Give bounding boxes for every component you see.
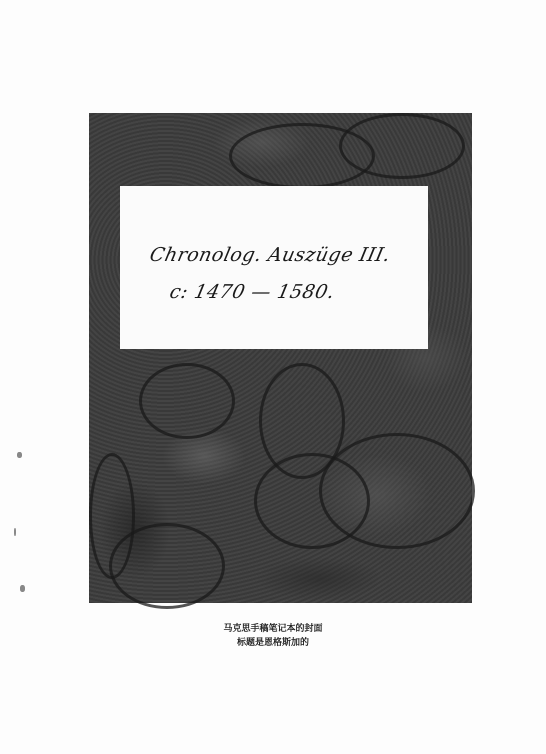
cover-label: Chronolog. Auszüge III. c: 1470 — 1580. bbox=[120, 186, 428, 349]
marble-vein bbox=[139, 363, 235, 439]
marble-vein bbox=[339, 113, 465, 179]
marble-vein bbox=[319, 433, 475, 549]
handwritten-title: Chronolog. Auszüge III. bbox=[148, 244, 393, 266]
caption-line-1: 马克思手稿笔记本的封面 bbox=[0, 621, 546, 634]
handwritten-date-range: c: 1470 — 1580. bbox=[168, 281, 337, 303]
caption-line-2: 标题是恩格斯加的 bbox=[0, 635, 546, 648]
scan-speck bbox=[17, 452, 22, 458]
scan-speck bbox=[14, 528, 16, 536]
marble-vein bbox=[109, 523, 225, 609]
scan-speck bbox=[20, 585, 25, 592]
notebook-cover-photo: Chronolog. Auszüge III. c: 1470 — 1580. bbox=[89, 113, 472, 603]
